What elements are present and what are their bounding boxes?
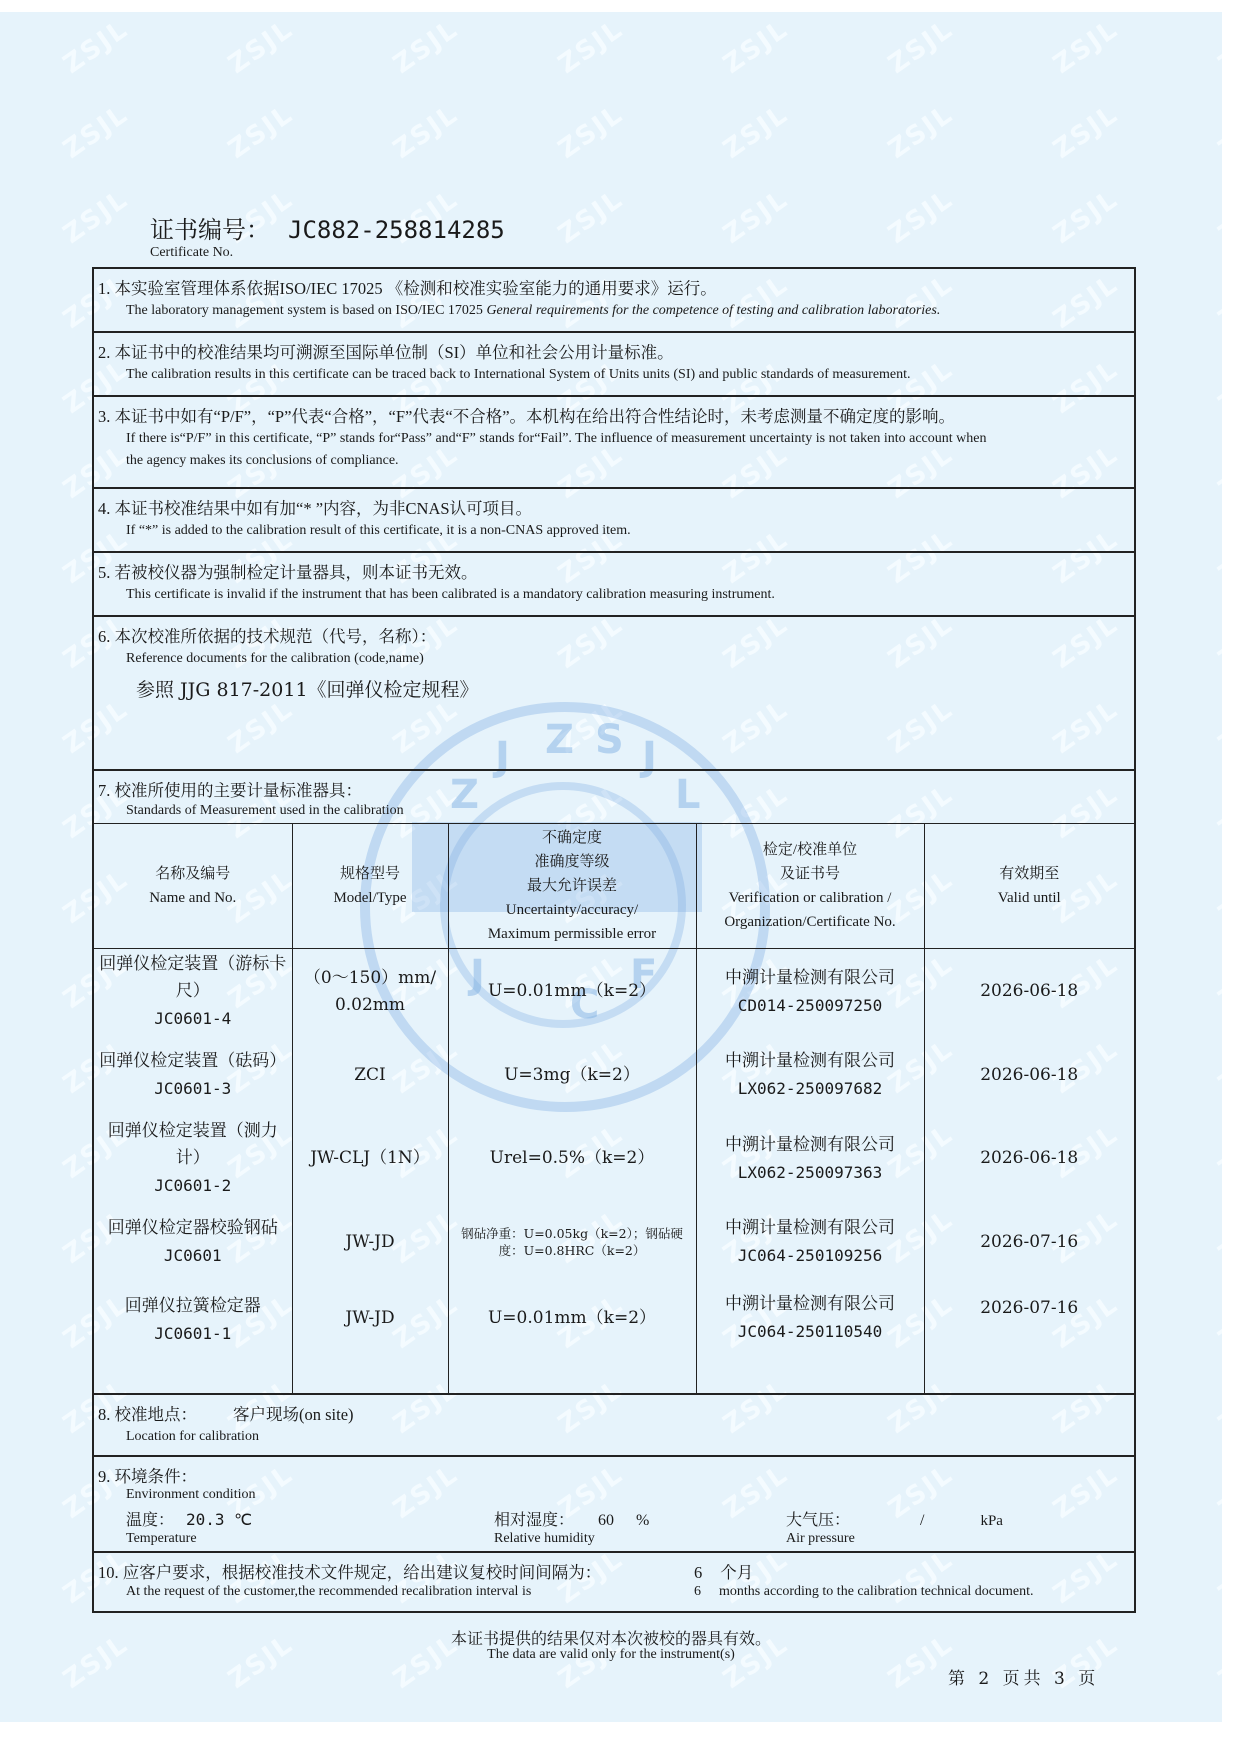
temperature-reading: 温度： 20.3 ℃ [126,1507,252,1530]
validity-note-en: The data are valid only for the instrume… [0,1647,1222,1663]
air-pressure-reading: 大气压：/kPa [786,1507,1003,1530]
column-header-valid-until: 有效期至Valid until [924,824,1134,949]
section-10-recalibration: 10. 应客户要求，根据校准技术文件规定，给出建议复校时间间隔为： 6个月 At… [94,1553,1134,1611]
table-row: 回弹仪拉簧检定器JC0601-1 JW-JD U=0.01mm（k=2） 中溯计… [94,1283,1134,1393]
section-5: 5. 若被校仪器为强制检定计量器具，则本证书无效。 This certifica… [94,553,1134,617]
table-header-row: 名称及编号Name and No. 规格型号Model/Type 不确定度准确度… [94,824,1134,949]
column-header-uncertainty: 不确定度准确度等级最大允许误差Uncertainty/accuracy/Maxi… [448,824,696,949]
section-9-environment: 9. 环境条件： Environment condition 温度： 20.3 … [94,1457,1134,1553]
humidity-reading: 相对湿度：60% [494,1507,649,1530]
certificate-number-header: 证书编号：JC882-258814285 Certificate No. [150,210,505,261]
certificate-label-en: Certificate No. [150,245,505,261]
table-row: 回弹仪检定装置（测力计）JC0601-2 JW-CLJ（1N） Urel=0.5… [94,1116,1134,1201]
section-2: 2. 本证书中的校准结果均可溯源至国际单位制（SI）单位和社会公用计量标准。 T… [94,333,1134,397]
table-row: 回弹仪检定装置（游标卡尺）JC0601-4 （0～150）mm/ 0.02mm … [94,949,1134,1035]
section-7-standards: 7. 校准所使用的主要计量标准器具： Standards of Measurem… [94,771,1134,1395]
validity-note-zh: 本证书提供的结果仅对本次被校的器具有效。 [0,1626,1222,1649]
table-row: 回弹仪检定器校验钢砧JC0601 JW-JD 钢砧净重：U=0.05kg（k=2… [94,1201,1134,1283]
column-header-model: 规格型号Model/Type [292,824,448,949]
certificate-number: JC882-258814285 [288,216,505,244]
table-row: 回弹仪检定装置（砝码）JC0601-3 ZCI U=3mg（k=2） 中溯计量检… [94,1034,1134,1116]
calibration-location: 客户现场(on site) [233,1405,354,1424]
certificate-statements: 1. 本实验室管理体系依据ISO/IEC 17025 《检测和校准实验室能力的通… [92,267,1136,1613]
certificate-label: 证书编号： [150,218,270,244]
recalibration-interval: 6个月 [694,1559,753,1583]
section-3: 3. 本证书中如有“P/F”，“P”代表“合格”，“F”代表“不合格”。本机构在… [94,397,1134,489]
certificate-page: ZSJLZSJLZSJLZSJLZSJLZSJLZSJLZSJLZSJLZSJL… [0,12,1222,1722]
column-header-name: 名称及编号Name and No. [94,824,292,949]
reference-standard: 参照 JJG 817-2011《回弹仪检定规程》 [98,675,1124,702]
section-6-reference-documents: 6. 本次校准所依据的技术规范（代号，名称）： Reference docume… [94,617,1134,771]
standards-table: 名称及编号Name and No. 规格型号Model/Type 不确定度准确度… [94,823,1134,1393]
section-4: 4. 本证书校准结果中如有加“* ”内容，为非CNAS认可项目。 If “*” … [94,489,1134,553]
page-indicator: 第 2 页共 3 页 [948,1664,1099,1689]
column-header-organization: 检定/校准单位及证书号Verification or calibration /… [696,824,924,949]
section-8-location: 8. 校准地点：客户现场(on site) Location for calib… [94,1395,1134,1457]
section-1: 1. 本实验室管理体系依据ISO/IEC 17025 《检测和校准实验室能力的通… [94,269,1134,333]
